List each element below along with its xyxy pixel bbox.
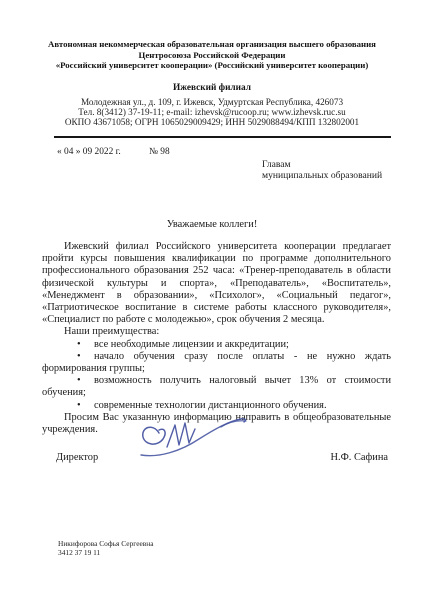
bullet-text: начало обучения сразу после оплаты - не …	[42, 351, 391, 374]
signer-name: Н.Ф. Сафина	[330, 452, 388, 463]
registration-codes-line: ОКПО 43671058; ОГРН 1065029009429; ИНН 5…	[0, 117, 424, 127]
letter-number: № 98	[149, 147, 170, 157]
letter-page: Автономная некоммерческая образовательна…	[0, 0, 424, 600]
signature-row: Директор Н.Ф. Сафина	[56, 452, 388, 463]
addressee-block: Главам муниципальных образований	[262, 159, 382, 181]
org-name-line3: «Российский университет кооперации» (Рос…	[0, 60, 424, 71]
salutation: Уважаемые коллеги!	[0, 219, 424, 230]
date-number-row: « 04 » 09 2022 г. № 98	[0, 147, 424, 159]
org-name-line1: Автономная некоммерческая образовательна…	[0, 39, 424, 50]
body-paragraph-offer: Ижевский филиал Российского университета…	[42, 241, 391, 326]
executor-block: Никифорова Софья Сергеевна 3412 37 19 11	[58, 539, 153, 557]
letterhead: Автономная некоммерческая образовательна…	[0, 39, 424, 71]
bullet-item: •современные технологии дистанционного о…	[42, 400, 391, 412]
org-name-line2: Центросоюза Российской Федерации	[0, 50, 424, 61]
bullet-text: возможность получить налоговый вычет 13%…	[42, 375, 391, 398]
letter-date: « 04 » 09 2022 г.	[57, 147, 121, 157]
bullet-text: современные технологии дистанционного об…	[94, 400, 327, 411]
bullet-icon: •	[77, 351, 94, 363]
addressee-line2: муниципальных образований	[262, 170, 382, 181]
letterhead-divider-line	[54, 136, 391, 138]
bullet-item: •начало обучения сразу после оплаты - не…	[42, 351, 391, 375]
bullet-text: все необходимые лицензии и аккредитации;	[94, 339, 289, 350]
bullet-item: •возможность получить налоговый вычет 13…	[42, 375, 391, 399]
bullet-icon: •	[77, 400, 94, 412]
contacts-line: Тел. 8(3412) 37-19-11; e-mail: izhevsk@r…	[0, 107, 424, 117]
signer-title: Директор	[56, 452, 98, 463]
letter-body: Ижевский филиал Российского университета…	[42, 241, 391, 436]
bullet-icon: •	[77, 375, 94, 387]
addressee-line1: Главам	[262, 159, 382, 170]
signature-stroke	[143, 427, 165, 444]
address-block: Молодежная ул., д. 109, г. Ижевск, Удмур…	[0, 97, 424, 128]
address-line: Молодежная ул., д. 109, г. Ижевск, Удмур…	[0, 97, 424, 107]
signature-stroke	[141, 419, 245, 456]
executor-name: Никифорова Софья Сергеевна	[58, 539, 153, 548]
bullet-item: •все необходимые лицензии и аккредитации…	[42, 339, 391, 351]
executor-phone: 3412 37 19 11	[58, 548, 153, 557]
bullet-icon: •	[77, 339, 94, 351]
branch-name: Ижевский филиал	[0, 83, 424, 93]
advantages-intro: Наши преимущества:	[42, 326, 391, 338]
